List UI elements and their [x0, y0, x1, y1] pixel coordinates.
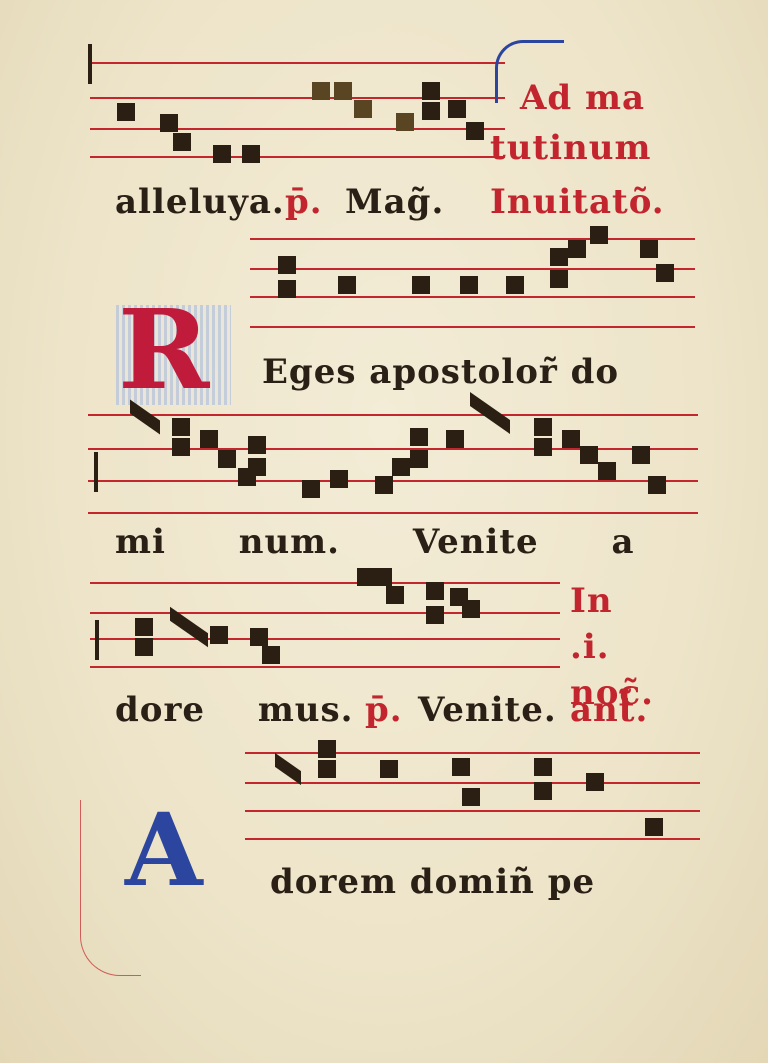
clef-3: [94, 452, 98, 492]
manuscript-page: Ad ma tutinum alleluya. p̄. Mag̃. Inuita…: [0, 0, 768, 1063]
staff-4: [90, 582, 560, 583]
lyric-2: Eges apostolor̃ do: [262, 352, 619, 392]
lyric-6: dorem domiñ pe: [270, 862, 595, 902]
lyric-1b: Mag̃.: [345, 182, 444, 222]
lyric-1: alleluya.: [115, 182, 285, 222]
staff-5: [245, 752, 700, 753]
rubric-5a: p̄.: [365, 690, 403, 730]
clef-1: [88, 44, 92, 84]
staff-3: [88, 414, 698, 415]
staff-1: [90, 62, 505, 63]
lyric-3: mi num. Venite a: [115, 522, 635, 562]
clef-4: [95, 620, 99, 660]
rubric-heading-1: Ad ma: [520, 78, 645, 118]
lyric-5b: Venite.: [418, 690, 557, 730]
rubric-heading-2: tutinum: [490, 128, 651, 168]
staff-2: [250, 238, 695, 239]
initial-R: R: [118, 290, 209, 410]
rubric-5b: ant̃.: [570, 690, 648, 730]
initial-A-flourish: [80, 800, 141, 976]
lyric-5: dore mus.: [115, 690, 354, 730]
rubric-1a: p̄.: [285, 182, 323, 222]
rubric-1b: Inuitatõ.: [490, 182, 665, 222]
